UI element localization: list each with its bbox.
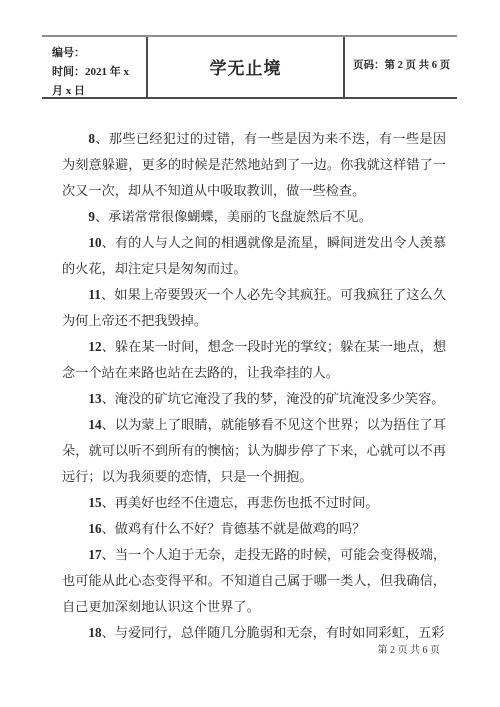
document-body: 8、那些已经犯过的过错，有一些是因为来不迭，有一些是因为刻意躲避，更多的时候是茫… [62,126,446,646]
item-number: 14 [88,417,101,432]
document-header-table: 编号： 时间：2021 年 x 月 x 日 学无止境 页码：第 2 页 共 6 … [42,35,457,99]
item-number: 12 [88,339,101,354]
item-separator: 、 [102,547,115,562]
item-text: 如果上帝要毁灭一个人必先令其疯狂。可我疯狂了这么久为何上帝还不把我毁掉。 [62,287,446,328]
item-text: 与爱同行，总伴随几分脆弱和无奈，有时如同彩虹，五彩 [115,625,445,640]
item-text: 躲在某一时间，想念一段时光的掌纹；躲在某一地点，想念一个站在来路也站在去路的，让… [62,339,446,380]
page-code-label: 页码：第 2 页 共 6 页 [353,57,457,72]
doc-number-label: 编号： [52,44,142,63]
list-item-13: 13、淹没的矿坑它淹没了我的梦，淹没的矿坑淹没多少笑容。 [62,386,446,412]
list-item-11: 11、如果上帝要毁灭一个人必先令其疯狂。可我疯狂了这么久为何上帝还不把我毁掉。 [62,282,446,334]
doc-time-label: 时间：2021 年 x 月 x 日 [52,63,142,101]
item-separator: 、 [95,131,109,146]
list-item-15: 15、再美好也经不住遗忘，再悲伤也抵不过时间。 [62,490,446,516]
list-item-17: 17、当一个人迫于无奈，走投无路的时候，可能会变得极端，也可能从此心态变得平和。… [62,542,446,620]
item-separator: 、 [102,625,115,640]
item-number: 11 [88,287,100,302]
item-separator: 、 [102,339,115,354]
list-item-9: 9、承诺常常很像蝴蝶，美丽的飞盘旋然后不见。 [62,204,446,230]
list-item-16: 16、做鸡有什么不好？肯德基不就是做鸡的吗？ [62,516,446,542]
item-number: 9 [88,209,95,224]
item-text: 承诺常常很像蝴蝶，美丽的飞盘旋然后不见。 [108,209,372,224]
item-number: 16 [88,521,101,536]
item-text: 有的人与人之间的相遇就像是流星，瞬间迸发出令人羡慕的火花，却注定只是匆匆而过。 [62,235,446,276]
header-cell-page: 页码：第 2 页 共 6 页 [345,37,457,97]
item-number: 8 [88,131,95,146]
item-number: 10 [88,235,101,250]
document-title: 学无止境 [210,54,282,79]
item-number: 15 [88,495,101,510]
header-cell-title: 学无止境 [148,37,345,97]
item-number: 18 [88,625,101,640]
item-text: 以为蒙上了眼睛，就能够看不见这个世界；以为捂住了耳朵，就可以听不到所有的懊恼；认… [62,417,446,484]
list-item-12: 12、躲在某一时间，想念一段时光的掌纹；躲在某一地点，想念一个站在来路也站在去路… [62,334,446,386]
item-separator: 、 [102,495,115,510]
item-separator: 、 [95,209,108,224]
item-text: 那些已经犯过的过错，有一些是因为来不迭，有一些是因为刻意躲避，更多的时候是茫然地… [62,131,446,198]
list-item-14: 14、以为蒙上了眼睛，就能够看不见这个世界；以为捂住了耳朵，就可以听不到所有的懊… [62,412,446,490]
list-item-10: 10、有的人与人之间的相遇就像是流星，瞬间迸发出令人羡慕的火花，却注定只是匆匆而… [62,230,446,282]
item-text: 当一个人迫于无奈，走投无路的时候，可能会变得极端，也可能从此心态变得平和。不知道… [62,547,446,614]
item-separator: 、 [102,391,115,406]
item-number: 17 [88,547,101,562]
list-item-8: 8、那些已经犯过的过错，有一些是因为来不迭，有一些是因为刻意躲避，更多的时候是茫… [62,126,446,204]
item-text: 淹没的矿坑它淹没了我的梦，淹没的矿坑淹没多少笑容。 [115,391,445,406]
item-text: 做鸡有什么不好？肯德基不就是做鸡的吗？ [115,521,366,536]
page-number-footer: 第 2 页 共 6 页 [62,641,440,656]
item-separator: 、 [101,287,114,302]
item-separator: 、 [102,521,115,536]
item-separator: 、 [102,417,115,432]
item-text: 再美好也经不住遗忘，再悲伤也抵不过时间。 [115,495,379,510]
document-page: 编号： 时间：2021 年 x 月 x 日 学无止境 页码：第 2 页 共 6 … [0,0,500,707]
header-cell-meta: 编号： 时间：2021 年 x 月 x 日 [42,37,148,97]
item-separator: 、 [102,235,115,250]
item-number: 13 [88,391,101,406]
